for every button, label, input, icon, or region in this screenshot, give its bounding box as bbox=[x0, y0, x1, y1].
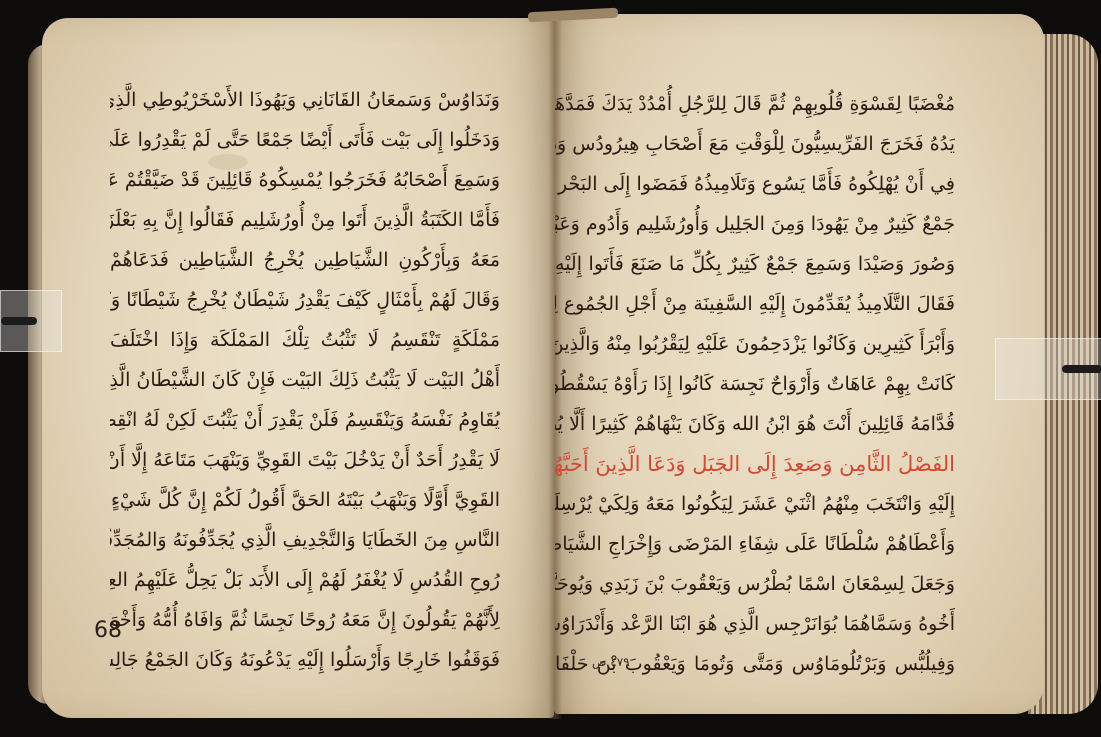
text-line: يُقَاوِمُ نَفْسَهُ وَيَنْقَسِمُ فَلَنْ ي… bbox=[110, 400, 500, 440]
text-line: أَخُوهُ وَسَمَّاهُمَا بُوَانَرْجِس الَّذ… bbox=[555, 604, 955, 644]
marginal-note: ٤٧٩ ص bbox=[592, 655, 630, 669]
text-line: القَوِيَّ أَوَّلًا وَيَنْهَبُ بَيْتَهُ ا… bbox=[110, 480, 500, 520]
right-page-text: مُغْضَبًا لِقَسْوَةِ قُلُوبِهِمْ ثُمَّ ق… bbox=[555, 84, 955, 684]
text-line: وَصُورَ وَصَيْدَا وَسَمِعَ جَمْعٌ كَثِير… bbox=[555, 244, 955, 284]
text-line: فَقَالَ التَّلَامِيذُ يُقَدِّمُونَ إِلَي… bbox=[555, 284, 955, 324]
page-clip-right bbox=[995, 338, 1101, 400]
text-line: وَأَبْرَأَ كَثِيرِين وَكَانُوا يَزْدَحِم… bbox=[555, 324, 955, 364]
text-line: رُوحِ القُدُسِ لَا يُغْفَرُ لَهُمْ إِلَى… bbox=[110, 560, 500, 600]
text-line: جَمْعٌ كَثِيرٌ مِنْ يَهُودَا وَمِنَ الجَ… bbox=[555, 204, 955, 244]
clip-bar bbox=[1, 317, 37, 325]
text-line: وَسَمِعَ أَصْحَابُهُ فَخَرَجُوا يُمْسِكُ… bbox=[110, 160, 500, 200]
text-line: يَدُهُ فَخَرَجَ الفَرِّيسِيُّونَ لِلْوَق… bbox=[555, 124, 955, 164]
text-line: إِلَيْهِ وَانْتَخَبَ مِنْهُمُ اثْنَيْ عَ… bbox=[555, 484, 955, 524]
text-line: لِأَنَّهُمْ يَقُولُونَ إِنَّ مَعَهُ رُوح… bbox=[110, 600, 500, 640]
text-line: أَهْلُ البَيْت لَا يَثْبُتُ ذَلِكَ البَي… bbox=[110, 360, 500, 400]
clip-bar bbox=[1062, 365, 1101, 373]
left-page-text: وَنَدَاوُسْ وَسَمعَانُ القَانَانِي وَيَه… bbox=[110, 80, 500, 680]
text-line: وَنَدَاوُسْ وَسَمعَانُ القَانَانِي وَيَه… bbox=[110, 80, 500, 120]
text-line: مَعَهُ وَبِأَرْكُونِ الشَّيَاطِين يُخْرِ… bbox=[110, 240, 500, 280]
text-line: فَأَمَّا الكَتَبَةُ الَّذِينَ أَتَوا مِن… bbox=[110, 200, 500, 240]
text-line: فَوَقَفُوا خَارِجًا وَأَرْسَلُوا إِلَيْه… bbox=[110, 640, 500, 680]
text-line: وَقَالَ لَهُمْ بِأَمْثَالٍ كَيْفَ يَقْدِ… bbox=[110, 280, 500, 320]
text-line: مَمْلَكَةٍ تَنْقَسِمُ لَا تَثْبُتُ تِلْك… bbox=[110, 320, 500, 360]
text-line: وَأَعْطَاهُمْ سُلْطَانًا عَلَى شِفَاءِ ا… bbox=[555, 524, 955, 564]
text-line: وَجَعَلَ لِسِمْعَانَ اسْمًا بُطْرُس وَيَ… bbox=[555, 564, 955, 604]
text-line: كَانَتْ بِهِمْ عَاهَاتٌ وَأَرْوَاحٌ نَجِ… bbox=[555, 364, 955, 404]
folio-number: 68 bbox=[94, 618, 122, 643]
text-line: فِي أَنْ يُهْلِكُوهُ فَأَمَّا يَسُوع وَت… bbox=[555, 164, 955, 204]
text-line: لَا يَقْدِرُ أَحَدٌ أَنْ يَدْخُلَ بَيْتَ… bbox=[110, 440, 500, 480]
chapter-heading-line: الفَصْلُ الثَّامِن وَصَعِدَ إِلَى الجَبَ… bbox=[555, 444, 955, 484]
text-line: مُغْضَبًا لِقَسْوَةِ قُلُوبِهِمْ ثُمَّ ق… bbox=[555, 84, 955, 124]
page-clip-left bbox=[0, 290, 62, 352]
text-line: النَّاسِ مِنَ الخَطَايَا وَالتَّجْدِيفِ … bbox=[110, 520, 500, 560]
text-line: وَدَخَلُوا إِلَى بَيْت فَأَتَى أَيْضًا ج… bbox=[110, 120, 500, 160]
text-line: قُدَّامَهُ قَائِلِينَ أَنْتَ هُوَ ابْنُ … bbox=[555, 404, 955, 444]
